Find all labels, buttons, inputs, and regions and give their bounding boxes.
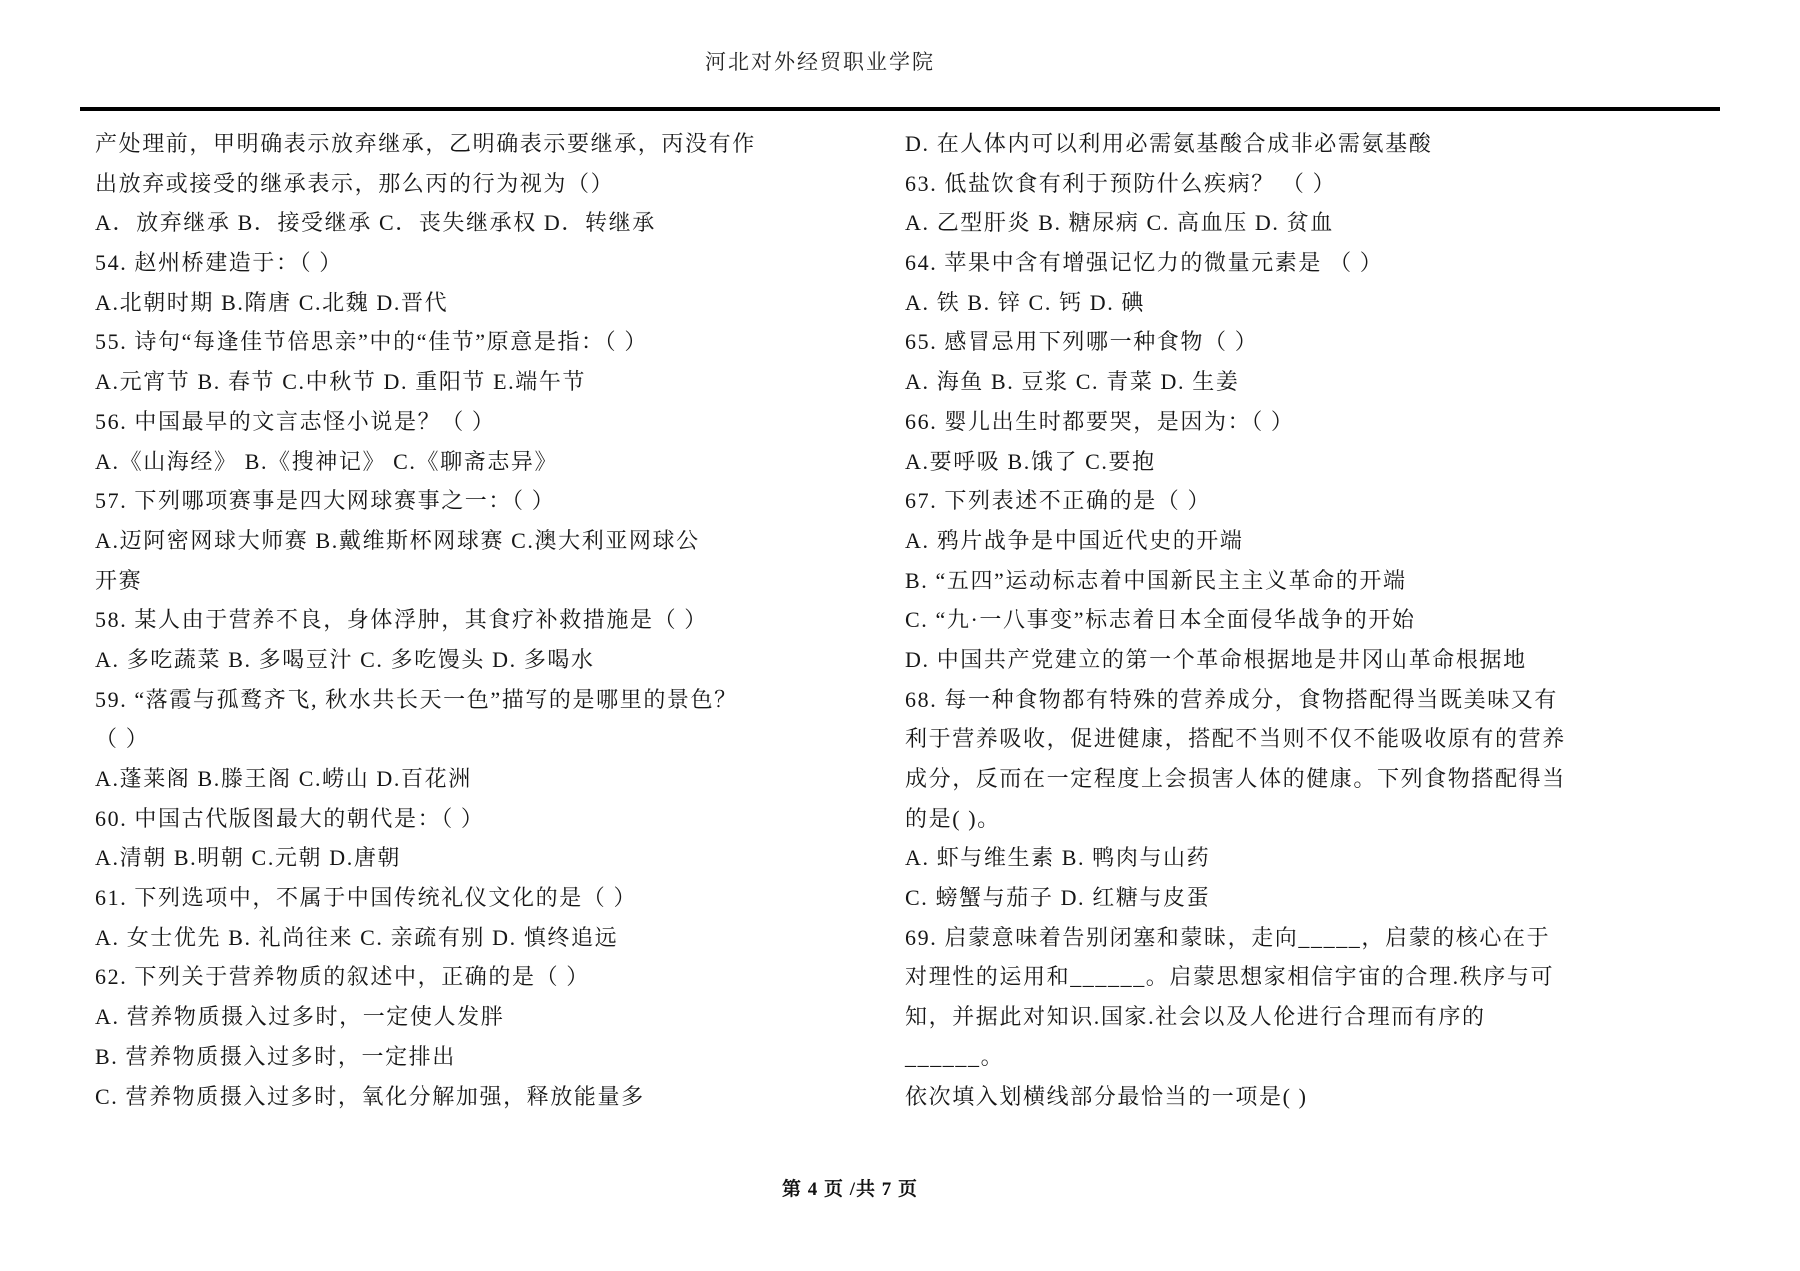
text-line: 对理性的运用和______。启蒙思想家相信宇宙的合理.秩序与可 bbox=[905, 957, 1605, 997]
text-line: 56. 中国最早的文言志怪小说是？（ ） bbox=[95, 402, 745, 442]
left-column: 产处理前，甲明确表示放弃继承，乙明确表示要继承，丙没有作出放弃或接受的继承表示，… bbox=[95, 124, 745, 1116]
text-line: 67. 下列表述不正确的是（ ） bbox=[905, 481, 1605, 521]
text-line: B. “五四”运动标志着中国新民主主义革命的开端 bbox=[905, 561, 1605, 601]
text-line: A. 鸦片战争是中国近代史的开端 bbox=[905, 521, 1605, 561]
header-divider bbox=[80, 107, 1720, 111]
text-line: 开赛 bbox=[95, 561, 745, 601]
text-line: 54. 赵州桥建造于：（ ） bbox=[95, 243, 745, 283]
text-line: A.《山海经》 B.《搜神记》 C.《聊斋志异》 bbox=[95, 442, 745, 482]
text-line: 55. 诗句“每逢佳节倍思亲”中的“佳节”原意是指：（ ） bbox=[95, 322, 745, 362]
text-line: A．放弃继承 B．接受继承 C．丧失继承权 D．转继承 bbox=[95, 203, 745, 243]
text-line: A. 营养物质摄入过多时，一定使人发胖 bbox=[95, 997, 745, 1037]
text-line: A. 乙型肝炎 B. 糖尿病 C. 高血压 D. 贫血 bbox=[905, 203, 1605, 243]
text-line: A. 海鱼 B. 豆浆 C. 青菜 D. 生姜 bbox=[905, 362, 1605, 402]
text-line: A.迈阿密网球大师赛 B.戴维斯杯网球赛 C.澳大利亚网球公 bbox=[95, 521, 745, 561]
text-line: 成分，反而在一定程度上会损害人体的健康。下列食物搭配得当 bbox=[905, 759, 1605, 799]
text-line: C. 营养物质摄入过多时，氧化分解加强，释放能量多 bbox=[95, 1077, 745, 1117]
text-line: A. 女士优先 B. 礼尚往来 C. 亲疏有别 D. 慎终追远 bbox=[95, 918, 745, 958]
text-line: C. “九·一八事变”标志着日本全面侵华战争的开始 bbox=[905, 600, 1605, 640]
text-line: A.元宵节 B. 春节 C.中秋节 D. 重阳节 E.端午节 bbox=[95, 362, 745, 402]
text-line: A.要呼吸 B.饿了 C.要抱 bbox=[905, 442, 1605, 482]
text-line: 57. 下列哪项赛事是四大网球赛事之一：（ ） bbox=[95, 481, 745, 521]
text-line: A.蓬莱阁 B.滕王阁 C.崂山 D.百花洲 bbox=[95, 759, 745, 799]
text-line: A. 铁 B. 锌 C. 钙 D. 碘 bbox=[905, 283, 1605, 323]
text-line: 依次填入划横线部分最恰当的一项是( ) bbox=[905, 1077, 1605, 1117]
text-line: A.北朝时期 B.隋唐 C.北魏 D.晋代 bbox=[95, 283, 745, 323]
text-line: C. 螃蟹与茄子 D. 红糖与皮蛋 bbox=[905, 878, 1605, 918]
text-line: A. 多吃蔬菜 B. 多喝豆汁 C. 多吃馒头 D. 多喝水 bbox=[95, 640, 745, 680]
exam-page: 河北对外经贸职业学院 产处理前，甲明确表示放弃继承，乙明确表示要继承，丙没有作出… bbox=[0, 0, 1800, 1271]
text-line: 68. 每一种食物都有特殊的营养成分，食物搭配得当既美味又有 bbox=[905, 680, 1605, 720]
page-title: 河北对外经贸职业学院 bbox=[0, 46, 1640, 76]
text-line: 知，并据此对知识.国家.社会以及人伦进行合理而有序的 bbox=[905, 997, 1605, 1037]
text-line: 利于营养吸收，促进健康，搭配不当则不仅不能吸收原有的营养 bbox=[905, 719, 1605, 759]
right-column: D. 在人体内可以利用必需氨基酸合成非必需氨基酸63. 低盐饮食有利于预防什么疾… bbox=[905, 124, 1605, 1116]
text-line: ______。 bbox=[905, 1037, 1605, 1077]
text-line: D. 在人体内可以利用必需氨基酸合成非必需氨基酸 bbox=[905, 124, 1605, 164]
text-line: 出放弃或接受的继承表示，那么丙的行为视为（） bbox=[95, 164, 745, 204]
text-line: 58. 某人由于营养不良，身体浮肿，其食疗补救措施是（ ） bbox=[95, 600, 745, 640]
text-line: 62. 下列关于营养物质的叙述中，正确的是（ ） bbox=[95, 957, 745, 997]
text-line: D. 中国共产党建立的第一个革命根据地是井冈山革命根据地 bbox=[905, 640, 1605, 680]
text-line: 63. 低盐饮食有利于预防什么疾病？ （ ） bbox=[905, 164, 1605, 204]
text-line: 66. 婴儿出生时都要哭，是因为：（ ） bbox=[905, 402, 1605, 442]
text-line: A.清朝 B.明朝 C.元朝 D.唐朝 bbox=[95, 838, 745, 878]
text-line: 64. 苹果中含有增强记忆力的微量元素是 （ ） bbox=[905, 243, 1605, 283]
page-number: 第 4 页 /共 7 页 bbox=[0, 1174, 1700, 1201]
question-columns: 产处理前，甲明确表示放弃继承，乙明确表示要继承，丙没有作出放弃或接受的继承表示，… bbox=[95, 124, 1700, 1116]
text-line: 60. 中国古代版图最大的朝代是：（ ） bbox=[95, 799, 745, 839]
text-line: 的是( )。 bbox=[905, 799, 1605, 839]
text-line: 产处理前，甲明确表示放弃继承，乙明确表示要继承，丙没有作 bbox=[95, 124, 745, 164]
text-line: 59. “落霞与孤鹜齐飞, 秋水共长天一色”描写的是哪里的景色？ bbox=[95, 680, 745, 720]
text-line: 65. 感冒忌用下列哪一种食物（ ） bbox=[905, 322, 1605, 362]
text-line: B. 营养物质摄入过多时，一定排出 bbox=[95, 1037, 745, 1077]
text-line: A. 虾与维生素 B. 鸭肉与山药 bbox=[905, 838, 1605, 878]
text-line: 61. 下列选项中，不属于中国传统礼仪文化的是（ ） bbox=[95, 878, 745, 918]
text-line: （ ） bbox=[95, 719, 745, 759]
text-line: 69. 启蒙意味着告别闭塞和蒙昧，走向_____，启蒙的核心在于 bbox=[905, 918, 1605, 958]
